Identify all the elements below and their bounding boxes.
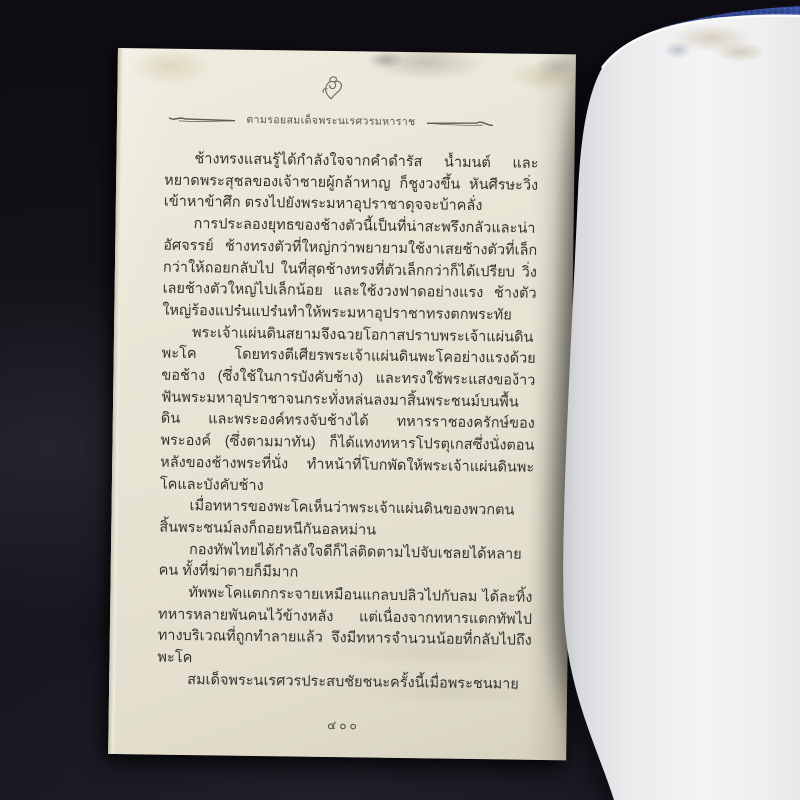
paragraph: กองทัพไทยได้กำลังใจดีก็ไล่ติดตามไปจับเชล… [159,539,534,588]
gutter-shadow [524,54,576,761]
paper-stain [714,42,766,62]
paragraph: ช้างทรงแสนรู้ได้กำลังใจจากคำดำรัส น้ำมนต… [164,149,539,219]
book-cover-blue-edge [660,6,800,36]
running-head: ตามรอยสมเด็จพระนเรศวรมหาราช [246,111,415,130]
swash-line-icon [425,116,495,129]
turning-page [563,16,800,800]
page-header: ตามรอยสมเด็จพระนเรศวรมหาราช [117,70,546,132]
page-edge-highlight [602,16,800,68]
paper-stain [664,41,692,59]
page-number: ๔๐๐ [156,714,530,738]
paper-stain [672,24,752,52]
left-page: ตามรอยสมเด็จพระนเรศวรมหาราช ช้างทรงแสนรู… [108,48,576,760]
running-head-row: ตามรอยสมเด็จพระนเรศวรมหาราช [117,109,545,132]
page-content: ตามรอยสมเด็จพระนเรศวรมหาราช ช้างทรงแสนรู… [108,48,576,760]
body-text: ช้างทรงแสนรู้ได้กำลังใจจากคำดำรัส น้ำมนต… [157,149,538,690]
swash-line-icon [167,112,237,125]
floral-flourish-icon [316,73,346,103]
paragraph: การประลองยุทธของช้างตัวนี้เป็นที่น่าสะพร… [162,214,537,328]
paragraph: เมื่อทหารของพะโคเห็นว่าพระเจ้าแผ่นดินของ… [159,496,534,545]
paragraph: พระเจ้าแผ่นดินสยามจึงฉวยโอกาสปราบพระเจ้า… [160,322,536,501]
paragraph: ทัพพะโคแตกกระจายเหมือนแกลบปลิวไปกับลม ได… [157,583,532,675]
book-photo: ตามรอยสมเด็จพระนเรศวรมหาราช ช้างทรงแสนรู… [0,0,800,800]
